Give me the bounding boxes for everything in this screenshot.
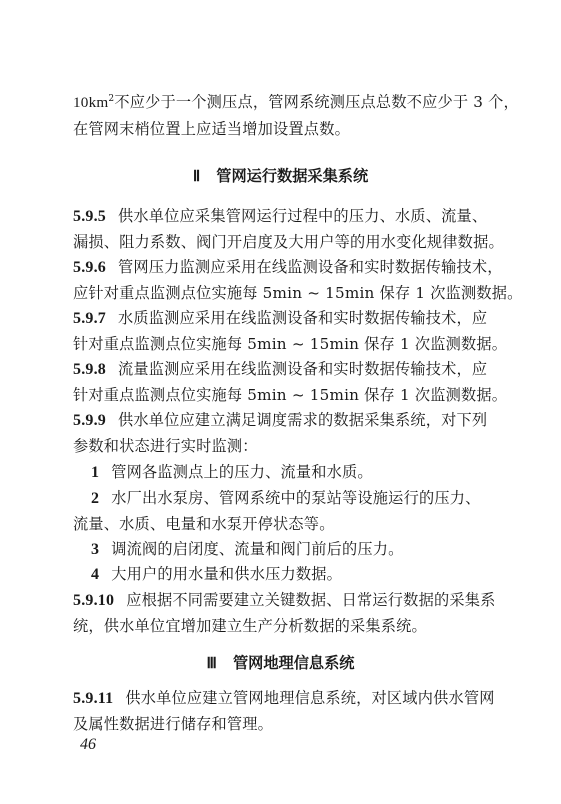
- clause-number: 5.9.7: [73, 310, 106, 327]
- item-text: 大用户的用水量和供水压力数据。: [111, 565, 342, 583]
- text: 不应少于一个测压点，管网系统测压点总数不应少于 3 个，: [114, 93, 519, 111]
- clause-5-9-7: 5.9.7水质监测应采用在线监测设备和实时数据传输技术，应: [73, 308, 493, 329]
- section-title: 管网地理信息系统: [233, 654, 355, 672]
- clause-5-9-8: 5.9.8流量监测应采用在线监测设备和实时数据传输技术，应: [73, 359, 493, 380]
- clause-5-9-11: 5.9.11供水单位应建立管网地理信息系统，对区域内供水管网: [73, 688, 493, 709]
- section-heading-3: Ⅲ管网地理信息系统: [0, 653, 561, 674]
- item-text: 水厂出水泵房、管网系统中的泵站等设施运行的压力、: [111, 489, 480, 507]
- clause-text: 供水单位应建立管网地理信息系统，对区域内供水管网: [125, 689, 494, 707]
- clause-line: 针对重点监测点位实施每 5min ~ 15min 保存 1 次监测数据。: [73, 334, 493, 354]
- clause-line: 参数和状态进行实时监测：: [73, 436, 493, 456]
- clause-5-9-10: 5.9.10应根据不同需要建立关键数据、日常运行数据的采集系: [73, 590, 493, 611]
- clause-number: 5.9.9: [73, 412, 106, 429]
- clause-line: 统，供水单位宜增加建立生产分析数据的采集系统。: [73, 616, 493, 636]
- clause-line: 应针对重点监测点位实施每 5min ~ 15min 保存 1 次监测数据。: [73, 283, 493, 303]
- list-item-line: 流量、水质、电量和水泵开停状态等。: [73, 514, 493, 534]
- clause-number: 5.9.10: [73, 592, 114, 609]
- item-text: 管网各监测点上的压力、流量和水质。: [111, 463, 373, 481]
- list-item-4: 4大用户的用水量和供水压力数据。: [91, 564, 511, 585]
- clause-line: 针对重点监测点位实施每 5min ~ 15min 保存 1 次监测数据。: [73, 385, 493, 405]
- text-area-unit: 10km: [73, 94, 108, 111]
- clause-text: 管网压力监测应采用在线监测设备和实时数据传输技术，: [118, 258, 503, 276]
- section-numeral: Ⅲ: [207, 655, 217, 672]
- clause-text: 供水单位应采集管网运行过程中的压力、水质、流量、: [118, 207, 487, 225]
- clause-5-9-5: 5.9.5供水单位应采集管网运行过程中的压力、水质、流量、: [73, 206, 493, 227]
- section-title: 管网运行数据采集系统: [216, 167, 368, 185]
- clause-text: 供水单位应建立满足调度需求的数据采集系统，对下列: [118, 411, 487, 429]
- document-page: 10km2不应少于一个测压点，管网系统测压点总数不应少于 3 个， 在管网末梢位…: [0, 0, 561, 804]
- clause-number: 5.9.5: [73, 208, 106, 225]
- list-item-1: 1管网各监测点上的压力、流量和水质。: [91, 462, 511, 483]
- item-text: 调流阀的启闭度、流量和阀门前后的压力。: [111, 540, 403, 558]
- clause-5-9-9: 5.9.9供水单位应建立满足调度需求的数据采集系统，对下列: [73, 410, 493, 431]
- clause-text: 水质监测应采用在线监测设备和实时数据传输技术，应: [118, 309, 487, 327]
- item-number: 3: [91, 541, 99, 558]
- item-number: 1: [91, 464, 99, 481]
- clause-number: 5.9.6: [73, 259, 106, 276]
- clause-number: 5.9.8: [73, 361, 106, 378]
- section-heading-2: Ⅱ管网运行数据采集系统: [0, 166, 561, 187]
- clause-line: 及属性数据进行储存和管理。: [73, 714, 493, 734]
- clause-text: 流量监测应采用在线监测设备和实时数据传输技术，应: [118, 360, 487, 378]
- item-number: 2: [91, 490, 99, 507]
- section-numeral: Ⅱ: [193, 168, 200, 185]
- page-number: 46: [80, 736, 96, 754]
- clause-text: 应根据不同需要建立关键数据、日常运行数据的采集系: [126, 591, 495, 609]
- paragraph-line: 在管网末梢位置上应适当增加设置点数。: [73, 119, 493, 139]
- clause-5-9-6: 5.9.6管网压力监测应采用在线监测设备和实时数据传输技术，: [73, 257, 493, 278]
- paragraph-line: 10km2不应少于一个测压点，管网系统测压点总数不应少于 3 个，: [73, 92, 493, 113]
- list-item-2: 2水厂出水泵房、管网系统中的泵站等设施运行的压力、: [91, 488, 511, 509]
- list-item-3: 3调流阀的启闭度、流量和阀门前后的压力。: [91, 539, 511, 560]
- clause-line: 漏损、阻力系数、阀门开启度及大用户等的用水变化规律数据。: [73, 232, 493, 252]
- item-number: 4: [91, 566, 99, 583]
- clause-number: 5.9.11: [73, 690, 113, 707]
